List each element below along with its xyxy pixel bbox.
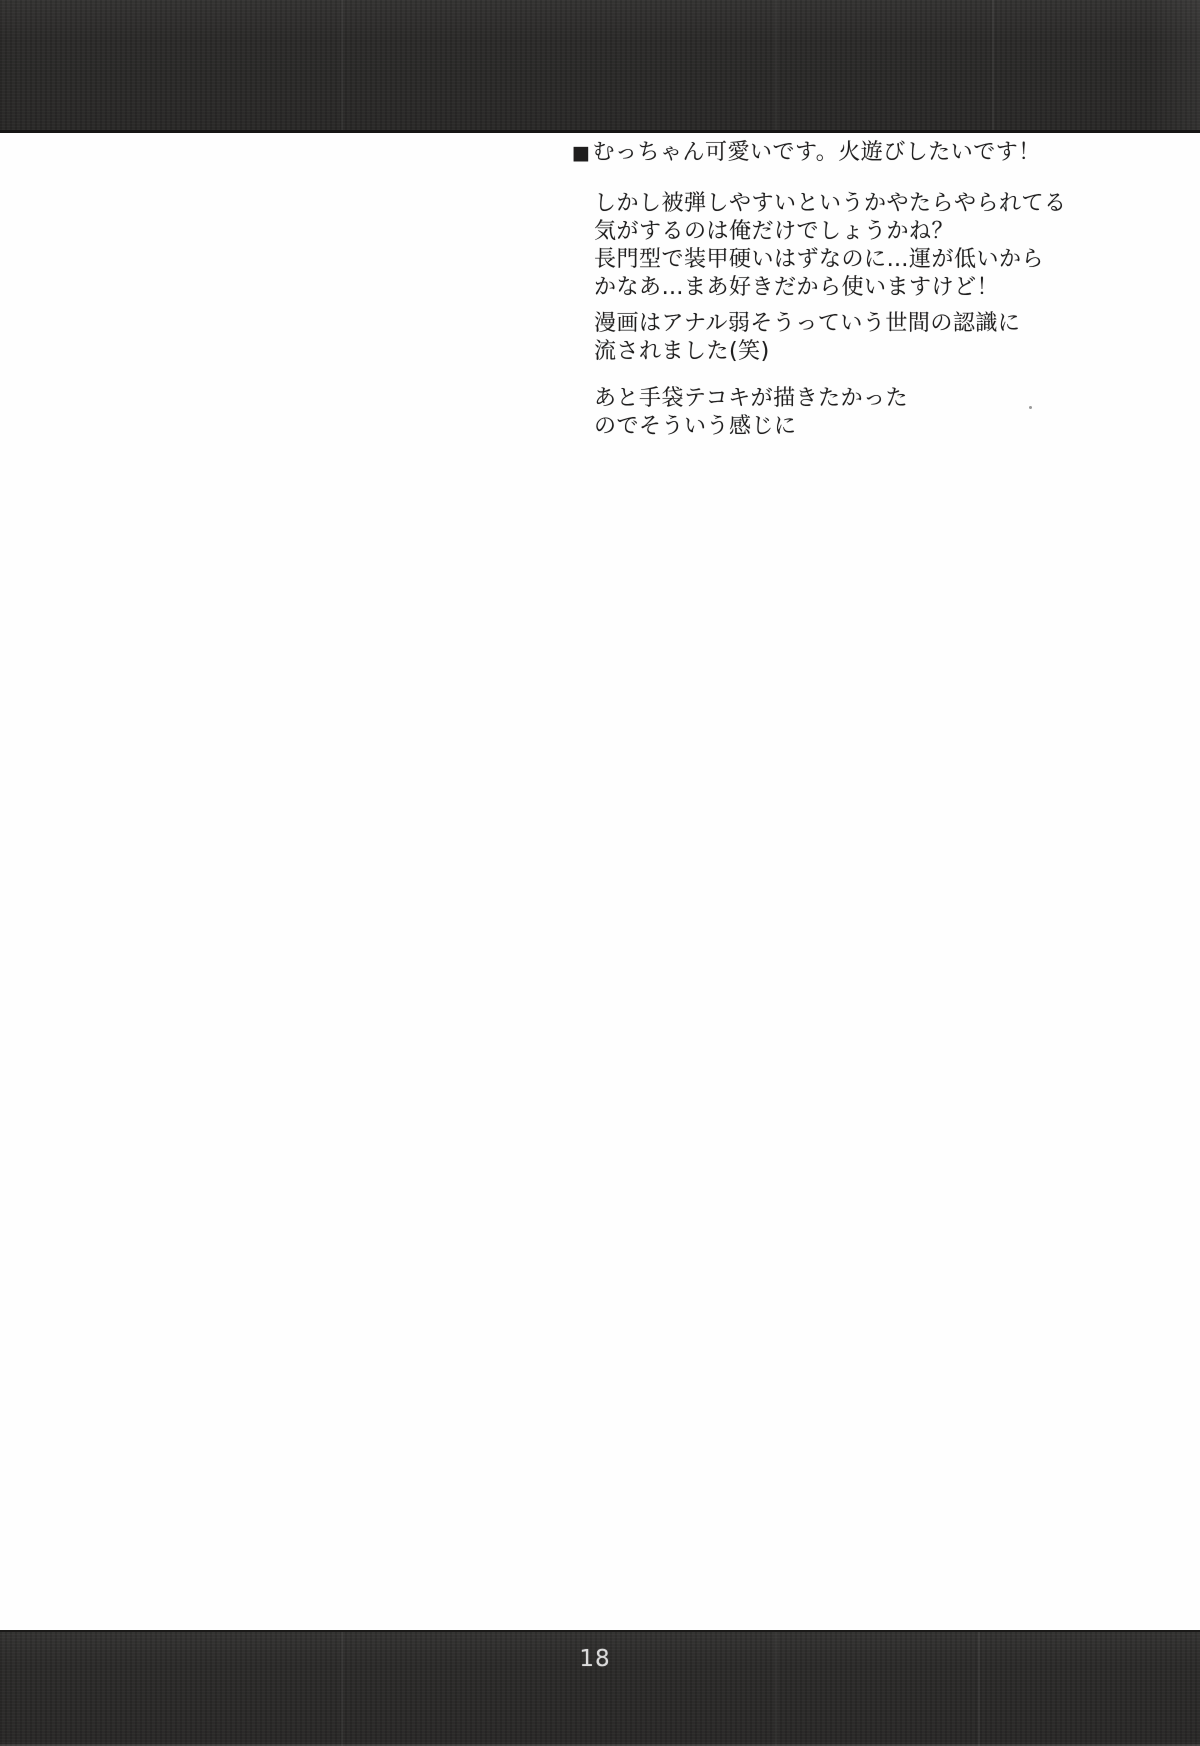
text-line: のでそういう感じに (594, 413, 1132, 441)
afterword-heading-text: むっちゃん可愛いです。火遊びしたいです！ (592, 140, 1040, 165)
page-number: 18 (560, 1646, 630, 1672)
text-line: あと手袋テコキが描きたかった (594, 385, 1132, 413)
scanned-page: ■むっちゃん可愛いです。火遊びしたいです！ しかし被弾しやすいというかやたらやら… (0, 0, 1200, 1746)
text-line: 漫画はアナル弱そうっていう世間の認識に (594, 310, 1132, 338)
text-line: しかし被弾しやすいというかやたらやられてる (594, 190, 1132, 218)
bottom-border-band: 18 (0, 1630, 1200, 1746)
scan-streak (775, 0, 777, 130)
scan-streak (775, 1632, 777, 1746)
text-line: かなあ…まあ好きだから使いますけど！ (594, 274, 1132, 302)
paragraph: しかし被弾しやすいというかやたらやられてる 気がするのは俺だけでしょうかね？ 長… (572, 190, 1132, 302)
square-bullet-icon: ■ (572, 142, 590, 164)
text-line: 気がするのは俺だけでしょうかね？ (594, 218, 1132, 246)
scan-streak (978, 1632, 980, 1746)
afterword-heading: ■むっちゃん可愛いです。火遊びしたいです！ (572, 138, 1132, 168)
paragraph: 漫画はアナル弱そうっていう世間の認識に 流されました(笑) (572, 310, 1132, 366)
scan-streak (341, 1632, 343, 1746)
scan-speck (1029, 406, 1032, 409)
scan-streak (992, 0, 994, 130)
text-line: 流されました(笑) (594, 338, 1132, 366)
afterword-text-block: ■むっちゃん可愛いです。火遊びしたいです！ しかし被弾しやすいというかやたらやら… (572, 138, 1132, 441)
scan-streak (1148, 0, 1200, 130)
top-border-band (0, 0, 1200, 133)
text-line: 長門型で装甲硬いはずなのに…運が低いから (594, 246, 1132, 274)
scan-streak (341, 0, 343, 130)
paragraph: あと手袋テコキが描きたかった のでそういう感じに (572, 385, 1132, 441)
